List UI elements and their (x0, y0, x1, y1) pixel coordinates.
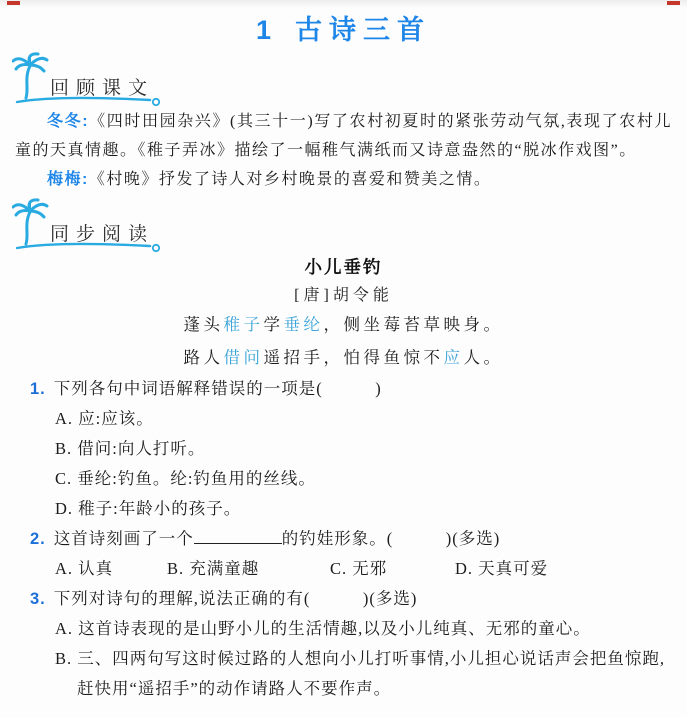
dialog-paragraph: 梅梅:《村晚》抒发了诗人对乡村晚景的喜爱和赞美之情。 (15, 165, 672, 194)
speaker-name: 冬冬: (47, 113, 89, 130)
questions: 1.下列各句中词语解释错误的一项是( ) A. 应:应该。 B. 借问:向人打听… (30, 374, 672, 704)
question-stem: 2.这首诗刻画了一个的钓娃形象。( )(多选) (30, 524, 672, 554)
poem-highlight: 应 (444, 348, 464, 367)
lesson-number: 1 (256, 15, 271, 45)
poem-text: 蓬头 (184, 315, 224, 334)
question-number: 1. (30, 380, 46, 398)
section-header-review: 回顾课文 (12, 52, 192, 107)
poem-highlight: 稚子 (224, 315, 264, 334)
review-dialogs: 冬冬:《四时田园杂兴》(其三十一)写了农村初夏时的紧张劳动气氛,表现了农村儿童的… (15, 107, 672, 194)
question-stem-text: 下列对诗句的理解,说法正确的有( )(多选) (54, 589, 418, 608)
poem-text: 人。 (464, 348, 504, 367)
options-row: A. 认真 B. 充满童趣 C. 无邪 D. 天真可爱 (55, 554, 672, 584)
option-item: A. 应:应该。 (55, 404, 672, 434)
question-stem-text: 下列各句中词语解释错误的一项是( ) (54, 379, 382, 398)
option-item: A. 认真 (55, 554, 167, 584)
section-header-label: 同步阅读 (50, 219, 154, 246)
page-top-shadow (0, 0, 687, 8)
option-item: D. 天真可爱 (455, 554, 548, 584)
poem-block: 小儿垂钓 [唐]胡令能 蓬头稚子学垂纶，侧坐莓苔草映身。 路人借问遥招手，怕得鱼… (0, 255, 687, 374)
dialog-text: 《村晚》抒发了诗人对乡村晚景的喜爱和赞美之情。 (89, 171, 492, 188)
poem-text: 学 (264, 315, 284, 334)
poem-text: 遥招手，怕得鱼惊不 (264, 348, 444, 367)
question-1: 1.下列各句中词语解释错误的一项是( ) A. 应:应该。 B. 借问:向人打听… (30, 374, 672, 524)
poem-lines: 蓬头稚子学垂纶，侧坐莓苔草映身。 路人借问遥招手，怕得鱼惊不应人。 (0, 308, 687, 374)
question-options: A. 应:应该。 B. 借问:向人打听。 C. 垂纶:钓鱼。纶:钓鱼用的丝线。 … (55, 404, 672, 524)
option-item: B. 借问:向人打听。 (55, 434, 672, 464)
poem-highlight: 借问 (224, 348, 264, 367)
question-3: 3.下列对诗句的理解,说法正确的有( )(多选) A. 这首诗表现的是山野小儿的… (30, 584, 672, 704)
lesson-title: 古诗三首 (295, 15, 431, 45)
page-title: 1古诗三首 (0, 12, 687, 48)
poem-line: 蓬头稚子学垂纶，侧坐莓苔草映身。 (0, 308, 687, 341)
option-item: B. 三、四两句写这时候过路的人想向小儿打听事情,小儿担心说话声会把鱼惊跑,赶快… (55, 644, 672, 704)
question-stem-text: 的钓娃形象。( )(多选) (282, 529, 500, 548)
speaker-name: 梅梅: (47, 171, 89, 188)
option-item: B. 充满童趣 (167, 554, 330, 584)
answer-blank (194, 528, 282, 544)
crop-mark-left (7, 1, 20, 5)
question-stem-text: 这首诗刻画了一个 (54, 529, 194, 548)
option-item: C. 垂纶:钓鱼。纶:钓鱼用的丝线。 (55, 464, 672, 494)
section-header-reading: 同步阅读 (12, 198, 192, 253)
option-item: D. 稚子:年龄小的孩子。 (55, 494, 672, 524)
question-stem: 1.下列各句中词语解释错误的一项是( ) (30, 374, 672, 404)
question-stem: 3.下列对诗句的理解,说法正确的有( )(多选) (30, 584, 672, 614)
question-number: 3. (30, 590, 46, 608)
poem-text: 路人 (184, 348, 224, 367)
poem-title: 小儿垂钓 (0, 255, 687, 279)
poem-line: 路人借问遥招手，怕得鱼惊不应人。 (0, 341, 687, 374)
section-header-label: 回顾课文 (50, 73, 154, 100)
dialog-text: 《四时田园杂兴》(其三十一)写了农村初夏时的紧张劳动气氛,表现了农村儿童的天真情… (15, 113, 672, 159)
question-2: 2.这首诗刻画了一个的钓娃形象。( )(多选) A. 认真 B. 充满童趣 C.… (30, 524, 672, 584)
dialog-paragraph: 冬冬:《四时田园杂兴》(其三十一)写了农村初夏时的紧张劳动气氛,表现了农村儿童的… (15, 107, 672, 165)
question-options: A. 这首诗表现的是山野小儿的生活情趣,以及小儿纯真、无邪的童心。 B. 三、四… (55, 614, 672, 704)
poem-author: [唐]胡令能 (0, 285, 687, 307)
option-item: C. 无邪 (330, 554, 455, 584)
poem-highlight: 垂纶 (284, 315, 324, 334)
poem-text: ，侧坐莓苔草映身。 (324, 315, 504, 334)
option-item: A. 这首诗表现的是山野小儿的生活情趣,以及小儿纯真、无邪的童心。 (55, 614, 672, 644)
question-number: 2. (30, 530, 46, 548)
crop-mark-right (667, 1, 680, 5)
